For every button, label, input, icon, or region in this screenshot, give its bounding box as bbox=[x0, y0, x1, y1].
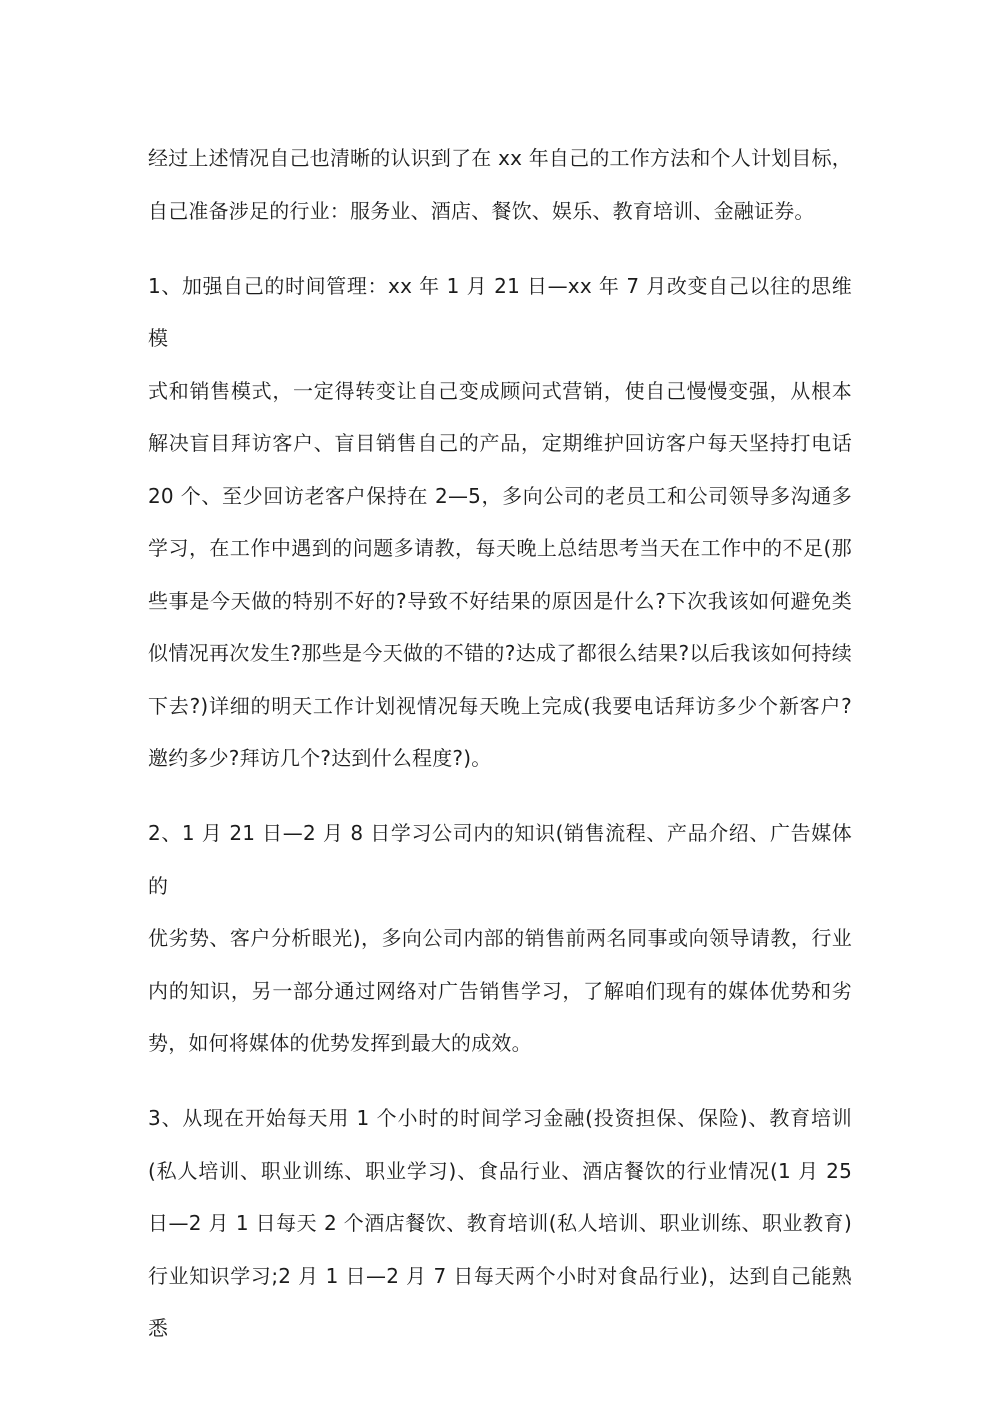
text-line: 势，如何将媒体的优势发挥到最大的成效。 bbox=[148, 1017, 852, 1070]
text-line: 似情况再次发生?那些是今天做的不错的?达成了都很么结果?以后我该如何持续 bbox=[148, 627, 852, 680]
text-line: 解决盲目拜访客户、盲目销售自己的产品，定期维护回访客户每天坚持打电话 bbox=[148, 417, 852, 470]
document-page: 经过上述情况自己也清晰的认识到了在 xx 年自己的工作方法和个人计划目标，自己准… bbox=[0, 0, 1000, 1415]
text-line: 学习，在工作中遇到的问题多请教，每天晚上总结思考当天在工作中的不足(那 bbox=[148, 522, 852, 575]
text-line: 内的知识，另一部分通过网络对广告销售学习，了解咱们现有的媒体优势和劣 bbox=[148, 965, 852, 1018]
text-line: 1、加强自己的时间管理：xx 年 1 月 21 日—xx 年 7 月改变自己以往… bbox=[148, 260, 852, 365]
paragraph: 1、加强自己的时间管理：xx 年 1 月 21 日—xx 年 7 月改变自己以往… bbox=[148, 260, 852, 785]
text-line: 自己准备涉足的行业：服务业、酒店、餐饮、娱乐、教育培训、金融证券。 bbox=[148, 185, 852, 238]
text-line: (私人培训、职业训练、职业学习)、食品行业、酒店餐饮的行业情况(1 月 25 bbox=[148, 1145, 852, 1198]
paragraph: 经过上述情况自己也清晰的认识到了在 xx 年自己的工作方法和个人计划目标，自己准… bbox=[148, 132, 852, 237]
text-line: 些事是今天做的特别不好的?导致不好结果的原因是什么?下次我该如何避免类 bbox=[148, 575, 852, 628]
document-body: 经过上述情况自己也清晰的认识到了在 xx 年自己的工作方法和个人计划目标，自己准… bbox=[148, 132, 852, 1355]
text-line: 2、1 月 21 日—2 月 8 日学习公司内的知识(销售流程、产品介绍、广告媒… bbox=[148, 807, 852, 912]
text-line: 式和销售模式，一定得转变让自己变成顾问式营销，使自己慢慢变强，从根本 bbox=[148, 365, 852, 418]
text-line: 行业知识学习;2 月 1 日—2 月 7 日每天两个小时对食品行业)，达到自己能… bbox=[148, 1250, 852, 1355]
text-line: 邀约多少?拜访几个?达到什么程度?)。 bbox=[148, 732, 852, 785]
paragraph: 2、1 月 21 日—2 月 8 日学习公司内的知识(销售流程、产品介绍、广告媒… bbox=[148, 807, 852, 1070]
paragraph: 3、从现在开始每天用 1 个小时的时间学习金融(投资担保、保险)、教育培训(私人… bbox=[148, 1092, 852, 1355]
text-line: 3、从现在开始每天用 1 个小时的时间学习金融(投资担保、保险)、教育培训 bbox=[148, 1092, 852, 1145]
text-line: 20 个、至少回访老客户保持在 2—5，多向公司的老员工和公司领导多沟通多 bbox=[148, 470, 852, 523]
text-line: 下去?)详细的明天工作计划视情况每天晚上完成(我要电话拜访多少个新客户? bbox=[148, 680, 852, 733]
text-line: 经过上述情况自己也清晰的认识到了在 xx 年自己的工作方法和个人计划目标， bbox=[148, 132, 852, 185]
text-line: 优劣势、客户分析眼光)，多向公司内部的销售前两名同事或向领导请教，行业 bbox=[148, 912, 852, 965]
text-line: 日—2 月 1 日每天 2 个酒店餐饮、教育培训(私人培训、职业训练、职业教育) bbox=[148, 1197, 852, 1250]
